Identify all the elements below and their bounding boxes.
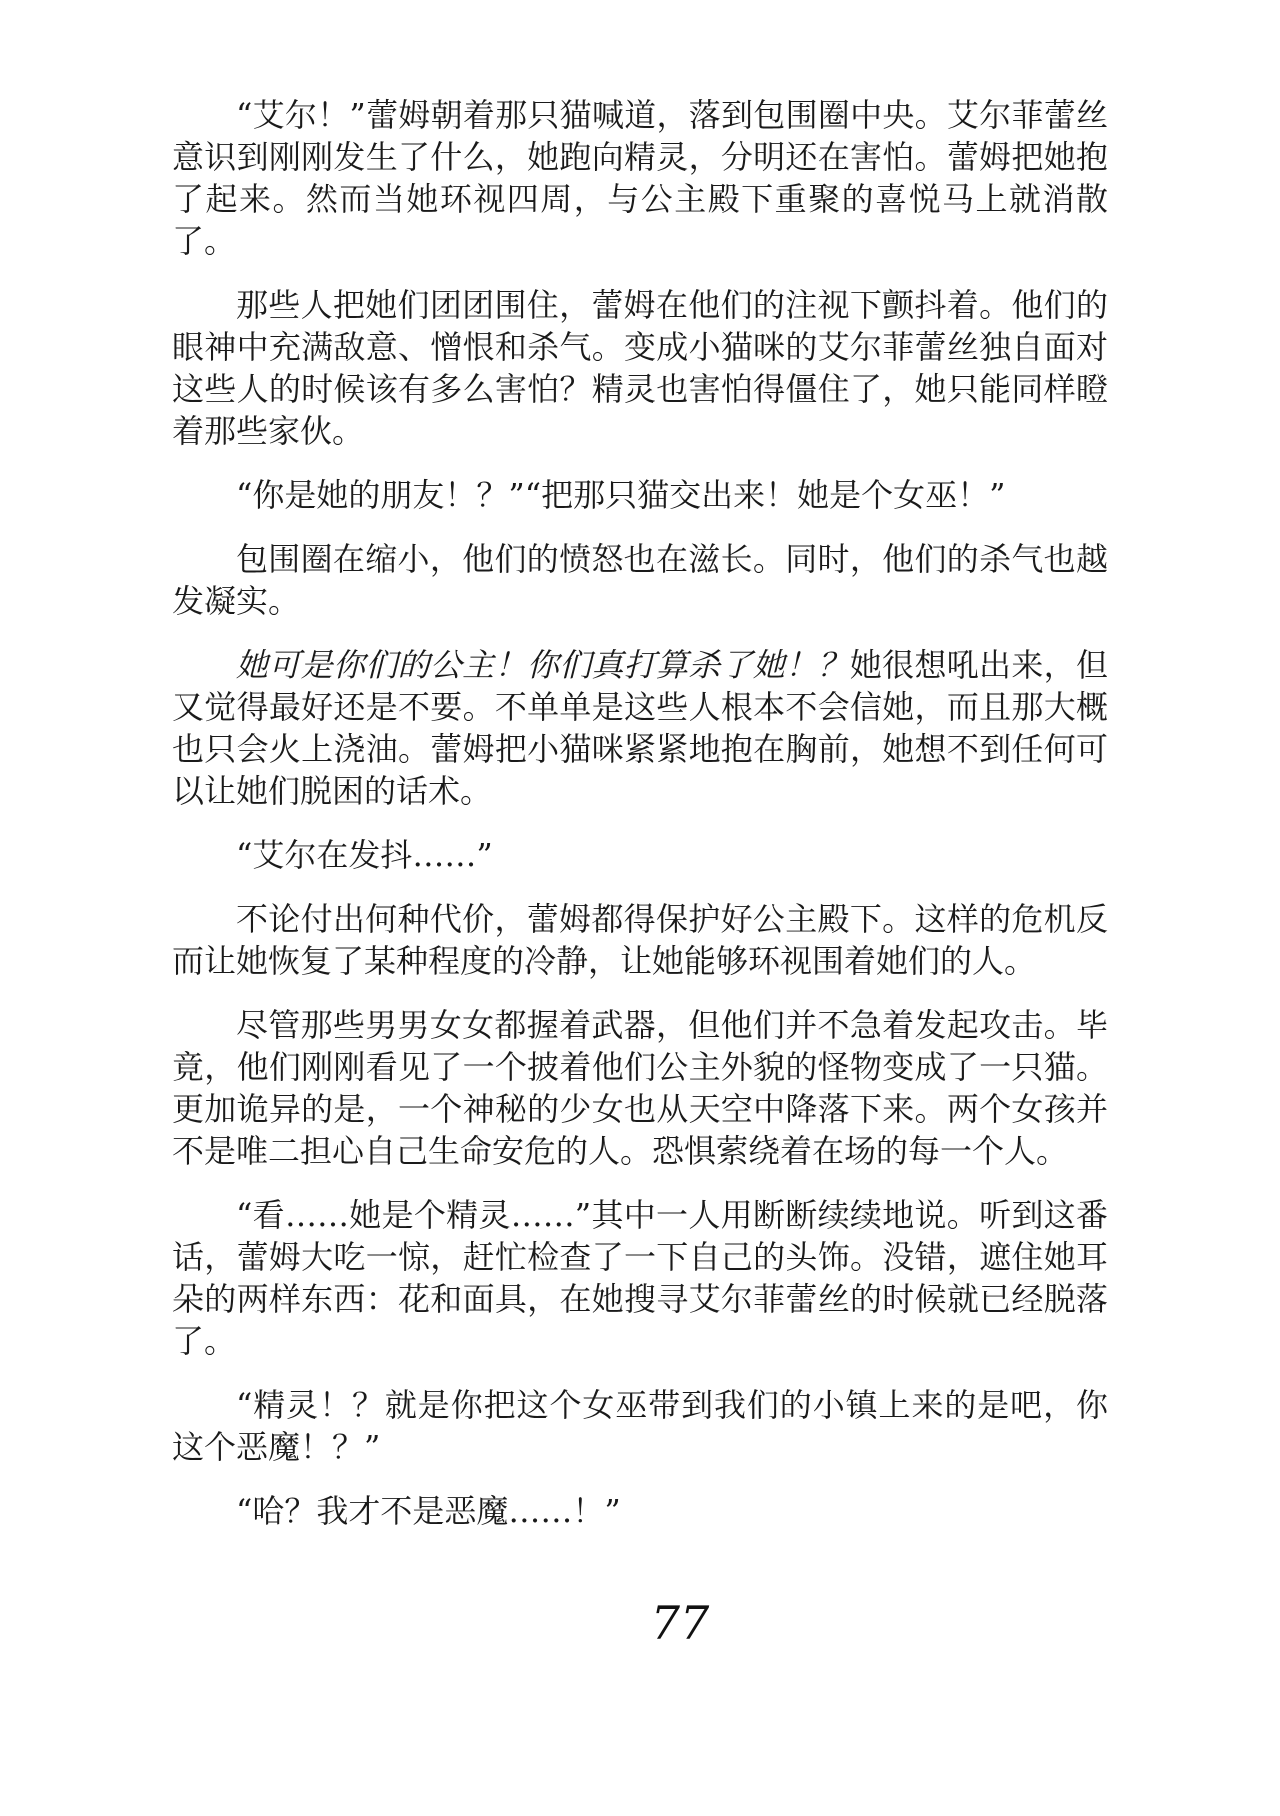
text-segment: 尽管那些男男女女都握着武器，但他们并不急着发起攻击。毕竟，他们刚刚看见了一个披着… xyxy=(172,1006,1108,1170)
page-text: “艾尔！”蕾姆朝着那只猫喊道，落到包围圈中央。艾尔菲蕾丝意识到刚刚发生了什么，她… xyxy=(172,94,1108,1554)
text-segment: 不论付出何种代价，蕾姆都得保护好公主殿下。这样的危机反而让她恢复了某种程度的冷静… xyxy=(172,900,1108,980)
paragraph: 不论付出何种代价，蕾姆都得保护好公主殿下。这样的危机反而让她恢复了某种程度的冷静… xyxy=(172,898,1108,982)
paragraph: “哈？我才不是恶魔……！” xyxy=(172,1490,1108,1532)
book-page: “艾尔！”蕾姆朝着那只猫喊道，落到包围圈中央。艾尔菲蕾丝意识到刚刚发生了什么，她… xyxy=(0,0,1280,1816)
text-segment: “你是她的朋友！？”“把那只猫交出来！她是个女巫！” xyxy=(236,476,1005,514)
paragraph: 尽管那些男男女女都握着武器，但他们并不急着发起攻击。毕竟，他们刚刚看见了一个披着… xyxy=(172,1004,1108,1172)
text-segment: “艾尔！”蕾姆朝着那只猫喊道，落到包围圈中央。艾尔菲蕾丝意识到刚刚发生了什么，她… xyxy=(172,96,1108,260)
paragraph: “看……她是个精灵……”其中一人用断断续续地说。听到这番话，蕾姆大吃一惊，赶忙检… xyxy=(172,1194,1108,1362)
paragraph: “艾尔！”蕾姆朝着那只猫喊道，落到包围圈中央。艾尔菲蕾丝意识到刚刚发生了什么，她… xyxy=(172,94,1108,262)
paragraph: 她可是你们的公主！你们真打算杀了她！？她很想吼出来，但又觉得最好还是不要。不单单… xyxy=(172,644,1108,812)
text-segment: “哈？我才不是恶魔……！” xyxy=(236,1492,621,1530)
paragraph: “精灵！？就是你把这个女巫带到我们的小镇上来的是吧，你这个恶魔！？” xyxy=(172,1384,1108,1468)
text-segment: “精灵！？就是你把这个女巫带到我们的小镇上来的是吧，你这个恶魔！？” xyxy=(172,1386,1108,1466)
paragraph: 包围圈在缩小，他们的愤怒也在滋长。同时，他们的杀气也越发凝实。 xyxy=(172,538,1108,622)
page-number: 77 xyxy=(40,1596,1280,1650)
paragraph: 那些人把她们团团围住，蕾姆在他们的注视下颤抖着。他们的眼神中充满敌意、憎恨和杀气… xyxy=(172,284,1108,452)
text-segment: “看……她是个精灵……”其中一人用断断续续地说。听到这番话，蕾姆大吃一惊，赶忙检… xyxy=(172,1196,1108,1360)
text-segment: 那些人把她们团团围住，蕾姆在他们的注视下颤抖着。他们的眼神中充满敌意、憎恨和杀气… xyxy=(172,286,1108,450)
text-segment: 她可是你们的公主！你们真打算杀了她！？ xyxy=(236,646,850,684)
text-segment: “艾尔在发抖……” xyxy=(236,836,493,874)
paragraph: “你是她的朋友！？”“把那只猫交出来！她是个女巫！” xyxy=(172,474,1108,516)
text-segment: 包围圈在缩小，他们的愤怒也在滋长。同时，他们的杀气也越发凝实。 xyxy=(172,540,1108,620)
paragraph: “艾尔在发抖……” xyxy=(172,834,1108,876)
